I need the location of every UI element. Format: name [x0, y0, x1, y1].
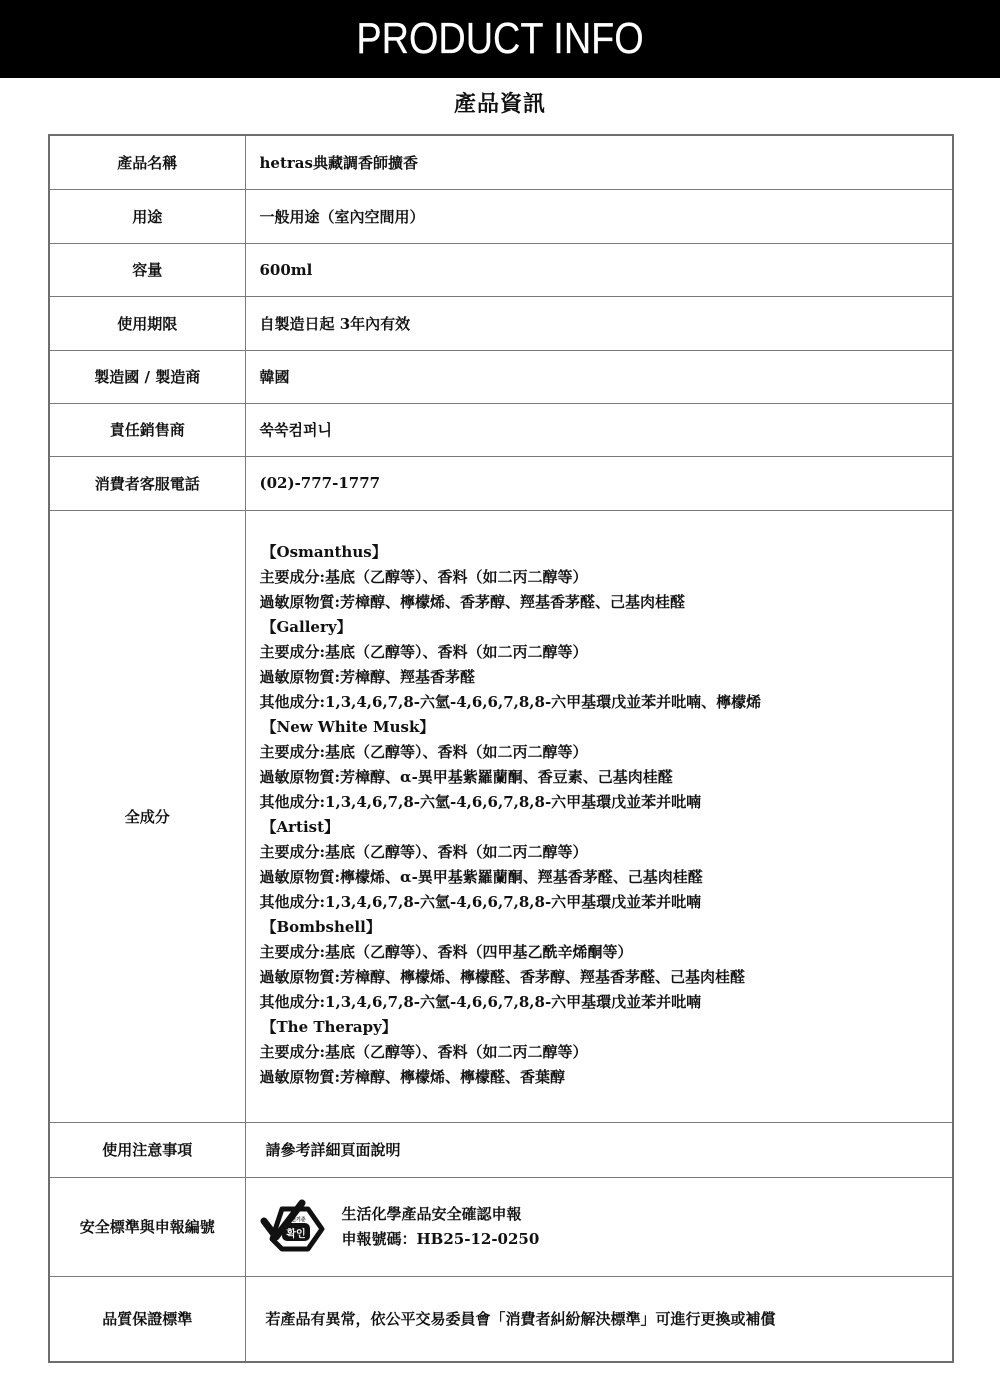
row-label: 使用注意事項	[49, 1122, 245, 1177]
table-row-capacity: 容量 600ml	[49, 243, 953, 296]
ingredient-line: 其他成分:1,3,4,6,7,8-六氫-4,6,6,7,8,8-六甲基環戊並苯并…	[260, 890, 953, 915]
table-row-origin: 製造國 / 製造商 韓國	[49, 350, 953, 403]
row-value: 自製造日起 3年內有效	[245, 296, 953, 350]
banner-title: PRODUCT INFO	[356, 14, 643, 64]
ingredient-line: 主要成分:基底（乙醇等）、香料（四甲基乙酰辛烯酮等）	[260, 940, 953, 965]
svg-text:안전기준: 안전기준	[286, 1216, 305, 1223]
row-label: 產品名稱	[49, 135, 245, 189]
row-value: 若產品有異常，依公平交易委員會「消費者糾紛解決標準」可進行更換或補償	[245, 1276, 953, 1362]
ingredient-line: 其他成分:1,3,4,6,7,8-六氫-4,6,6,7,8,8-六甲基環戊並苯并…	[260, 690, 953, 715]
table-row-usage: 用途 一般用途（室內空間用）	[49, 189, 953, 243]
ingredient-line: 過敏原物質:檸檬烯、α-異甲基紫羅蘭酮、羥基香茅醛、己基肉桂醛	[260, 865, 953, 890]
table-row-expiry: 使用期限 自製造日起 3年內有效	[49, 296, 953, 350]
table-row-phone: 消費者客服電話 (02)-777-1777	[49, 456, 953, 510]
ingredient-line: 其他成分:1,3,4,6,7,8-六氫-4,6,6,7,8,8-六甲基環戊並苯并…	[260, 990, 953, 1015]
table-row-ingredients: 全成分 【Osmanthus】 主要成分:基底（乙醇等）、香料（如二丙二醇等） …	[49, 510, 953, 1122]
product-info-table: 產品名稱 hetras典藏調香師擴香 用途 一般用途（室內空間用） 容量 600…	[48, 134, 954, 1363]
ingredient-line: 過敏原物質:芳樟醇、檸檬烯、檸檬醛、香茅醇、羥基香茅醛、己基肉桂醛	[260, 965, 953, 990]
row-label: 製造國 / 製造商	[49, 350, 245, 403]
row-value: 600ml	[245, 243, 953, 296]
table-row-precautions: 使用注意事項 請參考詳細頁面說明	[49, 1122, 953, 1177]
row-label: 責任銷售商	[49, 403, 245, 456]
ingredient-line: 主要成分:基底（乙醇等）、香料（如二丙二醇等）	[260, 840, 953, 865]
ingredients-list: 【Osmanthus】 主要成分:基底（乙醇等）、香料（如二丙二醇等） 過敏原物…	[245, 510, 953, 1122]
ingredient-line: 主要成分:基底（乙醇等）、香料（如二丙二醇等）	[260, 565, 953, 590]
safety-declaration: 生活化學產品安全確認申報	[342, 1202, 540, 1227]
row-label: 品質保證標準	[49, 1276, 245, 1362]
ingredient-group-title: 【Gallery】	[260, 615, 953, 640]
table-row-safety: 安全標準與申報編號 안전기준 확인 生活化學產品安全確認申報 申報號碼：HB25…	[49, 1177, 953, 1276]
table-row-distributor: 責任銷售商 쑥쑥컴퍼니	[49, 403, 953, 456]
ingredient-line: 過敏原物質:芳樟醇、檸檬烯、香茅醇、羥基香茅醛、己基肉桂醛	[260, 590, 953, 615]
header-banner: PRODUCT INFO	[0, 0, 1000, 78]
ingredient-line: 過敏原物質:芳樟醇、檸檬烯、檸檬醛、香葉醇	[260, 1065, 953, 1090]
row-value: 韓國	[245, 350, 953, 403]
row-value: (02)-777-1777	[245, 456, 953, 510]
ingredient-line: 其他成分:1,3,4,6,7,8-六氫-4,6,6,7,8,8-六甲基環戊並苯并…	[260, 790, 953, 815]
row-label: 使用期限	[49, 296, 245, 350]
safety-check-logo-icon: 안전기준 확인	[260, 1199, 326, 1255]
page-title: 產品資訊	[0, 86, 1000, 122]
row-value: 一般用途（室內空間用）	[245, 189, 953, 243]
declaration-number: 申報號碼：HB25-12-0250	[342, 1227, 540, 1252]
ingredient-line: 主要成分:基底（乙醇等）、香料（如二丙二醇等）	[260, 1040, 953, 1065]
row-label: 用途	[49, 189, 245, 243]
table-row-quality: 品質保證標準 若產品有異常，依公平交易委員會「消費者糾紛解決標準」可進行更換或補…	[49, 1276, 953, 1362]
ingredient-group-title: 【Artist】	[260, 815, 953, 840]
row-value: hetras典藏調香師擴香	[245, 135, 953, 189]
safety-text: 生活化學產品安全確認申報 申報號碼：HB25-12-0250	[342, 1202, 540, 1252]
row-label: 安全標準與申報編號	[49, 1177, 245, 1276]
table-row-product-name: 產品名稱 hetras典藏調香師擴香	[49, 135, 953, 189]
ingredient-line: 主要成分:基底（乙醇等）、香料（如二丙二醇等）	[260, 740, 953, 765]
row-value: 쑥쑥컴퍼니	[245, 403, 953, 456]
svg-text:확인: 확인	[285, 1227, 305, 1240]
row-label: 容量	[49, 243, 245, 296]
row-label: 全成分	[49, 510, 245, 1122]
ingredient-group-title: 【New White Musk】	[260, 715, 953, 740]
ingredient-group-title: 【Bombshell】	[260, 915, 953, 940]
ingredient-group-title: 【Osmanthus】	[260, 540, 953, 565]
row-label: 消費者客服電話	[49, 456, 245, 510]
ingredient-line: 主要成分:基底（乙醇等）、香料（如二丙二醇等）	[260, 640, 953, 665]
safety-value: 안전기준 확인 生活化學產品安全確認申報 申報號碼：HB25-12-0250	[245, 1177, 953, 1276]
ingredient-line: 過敏原物質:芳樟醇、α-異甲基紫羅蘭酮、香豆素、己基肉桂醛	[260, 765, 953, 790]
row-value: 請參考詳細頁面說明	[245, 1122, 953, 1177]
ingredient-group-title: 【The Therapy】	[260, 1015, 953, 1040]
ingredient-line: 過敏原物質:芳樟醇、羥基香茅醛	[260, 665, 953, 690]
